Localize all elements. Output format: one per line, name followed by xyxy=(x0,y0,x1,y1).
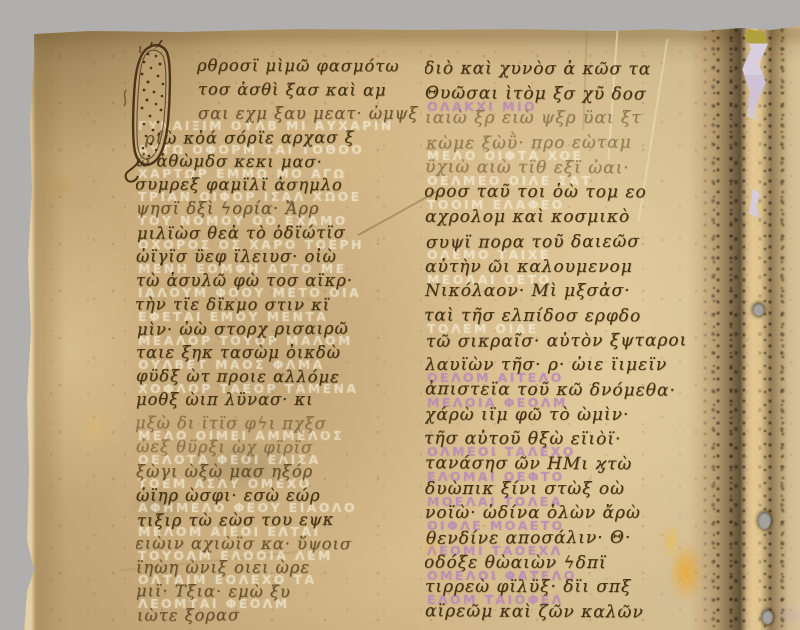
margin-scribble: ϶· xyxy=(0,0,9,11)
overtext-line: ὠ ἀθὼμδσ κεκι μασ· xyxy=(136,149,434,175)
overtext-line: ιαιὼ ξρ ειὼ ψξρ ϋαι ξτ xyxy=(425,106,717,131)
overtext-line: συμρεξ φαμϊλϊ ἀσημλο xyxy=(136,173,433,198)
overtext-line: ειὼιν αχιὼϊσ κα· ὕψοισ xyxy=(136,531,433,556)
overtext-line: ρίὼ κὀά σόρϊε αρχασ ξ xyxy=(137,125,434,150)
sewing-hole xyxy=(762,610,773,624)
overtext-line: αϊρεῶμ καὶ ζῶν καλῶν xyxy=(425,599,717,625)
text-column-right: ΟΛΑΚΧΙ ΜΙΟΜΕΛΟ ΟΙΦΤΑ ΧΟΕΟΕΛΜΕΟ ΟΙΛΕ ΣΑΤΤ… xyxy=(425,57,717,630)
overtext-line: φϋδξ ὼτ προιε αλλόμε xyxy=(136,364,434,390)
overtext-line: ιὼτε ξορασ xyxy=(137,603,434,628)
margin-scribble: ι϶ xyxy=(0,0,10,11)
overtext-line: τιξιρ τὼ εὼσ του εψκ xyxy=(137,507,434,532)
photo-background: ι ⸍ ΓΥΝΑΙΞΙΜ ΟΥΛΒ ΜΙ ΑΥΧΑΡΙΝΑΥΤΩ ΟΦΟΡΜ Τ… xyxy=(0,0,800,630)
overtext-line: τῶ σικραῖσ· αὐτὸν ξψταροι xyxy=(426,328,717,354)
margin-scribble: ϗ· xyxy=(0,0,10,11)
overtext-line: Νικόλαον· Μὶ μξσἀσ· xyxy=(425,279,717,304)
overtext-line: Θυῶσαι ὶτὸμ ξσ χῦ δοσ xyxy=(425,81,717,107)
overtext-line: μὶν· ὠὼ στορχ ρισαιρῶ xyxy=(137,316,434,341)
overtext-line: μιλϊὼσ θεἀ τὸ ὁδϊώτϊσ xyxy=(137,220,434,245)
overtext-line: οροσ ταῦ τοι ὁὼ τομ εο xyxy=(425,180,716,206)
overtext-line: χάρὼ ιϊμ φῶ τὸ ὼμὶν· xyxy=(425,403,717,428)
overtext-line: ὠϊγϊσ ϋεφ ϊλειυσ· οἰὼ xyxy=(136,245,434,269)
overtext-line: ψησϊ δξὶ ϟορία· Ἄρρ xyxy=(136,197,434,221)
overtext-line: ὠεξ θϋρξι ὼχ φϊρϊσ xyxy=(136,435,434,461)
overtext-line: τοσ ἀσθὶ ξασ καὶ αμ xyxy=(136,77,434,103)
overtext-line: τὼ ἀσυλῶ φὼ τοσ αϊκρ· xyxy=(136,269,434,293)
overtext-line: ρθροσϊ μὶμῶ φασμότω xyxy=(136,54,433,78)
overtext-line: τιρρεὼ φϊλϋξ· δϊι σπξ xyxy=(425,575,717,600)
overtext-line: ξὼγι ὼξὼ μασ ηξόρ xyxy=(136,460,434,484)
text-column-left: ΓΥΝΑΙΞΙΜ ΟΥΛΒ ΜΙ ΑΥΧΑΡΙΝΑΥΤΩ ΟΦΟΡΜ ΤΑΙ Τ… xyxy=(136,54,434,630)
margin-scribble: ϗ xyxy=(0,0,7,11)
top-margin-mark: ι ⸍ xyxy=(138,40,162,57)
overtext-line: νοϊὼ· ὠδίνα ὁλὼν ἄρὼ xyxy=(425,501,717,526)
overtext-line: ἀπιστεϊα τοῦ κῶ δνόμεθα· xyxy=(425,377,717,403)
manuscript-page: ι ⸍ ΓΥΝΑΙΞΙΜ ΟΥΛΒ ΜΙ ΑΥΧΑΡΙΝΑΥΤΩ ΟΦΟΡΜ Τ… xyxy=(0,0,800,630)
overtext-line: ϋχιὼ αιὼ τϊθ εξϊ ὠαι· xyxy=(425,155,717,181)
overtext-right: διὸ καὶ χυνὸσ ἀ κῶσ ταΘυῶσαι ὶτὸμ ξσ χῦ … xyxy=(425,57,717,625)
overtext-line: ϊηὼη ὼνιξ οιει ὼρε xyxy=(136,556,434,580)
overtext-line: ταὶ τῆσ ελπίδοσ ερφδο xyxy=(425,303,716,329)
sewing-hole xyxy=(758,512,771,529)
overtext-line: διὸ καὶ χυνὸσ ἀ κῶσ τα xyxy=(425,57,716,82)
overtext-line: μξὼ δι ϊτϊσ φϟι πχξσ xyxy=(136,412,433,437)
overtext-line: ταιε ξηκ τασὼμ ὀικδὼ xyxy=(136,341,434,365)
overtext-line: μοθξ ὼιπ λϋνασ· κι xyxy=(136,388,434,412)
overtext-line: σαι εχμ ξαυ μεατ· ὠμψξ xyxy=(136,102,434,126)
overtext-line: αχρολομ καὶ κοσμικὸ xyxy=(425,205,717,230)
overtext-line: τὴν τϊε δϊκμο στιν κϊ xyxy=(136,292,433,317)
overtext-line: θενδίνε αποσάλιν· Θ· xyxy=(426,525,717,551)
overtext-line: αὐτὴν ῶι καλουμενομ xyxy=(425,255,717,280)
overtext-line: συψϊ πορα τοῦ δαιεῶσ xyxy=(426,229,717,255)
overtext-line: κὼμε ξὼῢ· προ εὼταμ xyxy=(426,130,717,156)
dotted-capsule-initial-icon xyxy=(118,38,178,188)
margin-scribble: ϗ xyxy=(0,0,7,11)
overtext-line: μιϊ· Τξια· εμὼ ξυ xyxy=(136,579,434,605)
overtext-line: τῆσ αὐτοῦ θξὼ εϊιὸϊ· xyxy=(425,427,716,453)
sewing-hole xyxy=(753,303,764,316)
overtext-line: λαυϊὼν τῆσ· ρ· ὠιε ϊιμεϊν xyxy=(425,353,717,378)
overtext-line: δυὼπικ ξίνι στὼξ οὼ xyxy=(425,477,717,502)
overtext-line: τανάσησ ῶν ΗΜι ϗτὼ xyxy=(425,451,717,477)
overtext-line: ὠϊηρ ὼσφι· εσὼ εώρ xyxy=(136,484,434,508)
overtext-left: ρθροσϊ μὶμῶ φασμότωτοσ ἀσθὶ ξασ καὶ αμσα… xyxy=(136,54,434,627)
overtext-line: οδόξε θὼαιὼν ϟδπϊ xyxy=(425,550,716,576)
margin-scribble: ϶ xyxy=(0,0,6,11)
